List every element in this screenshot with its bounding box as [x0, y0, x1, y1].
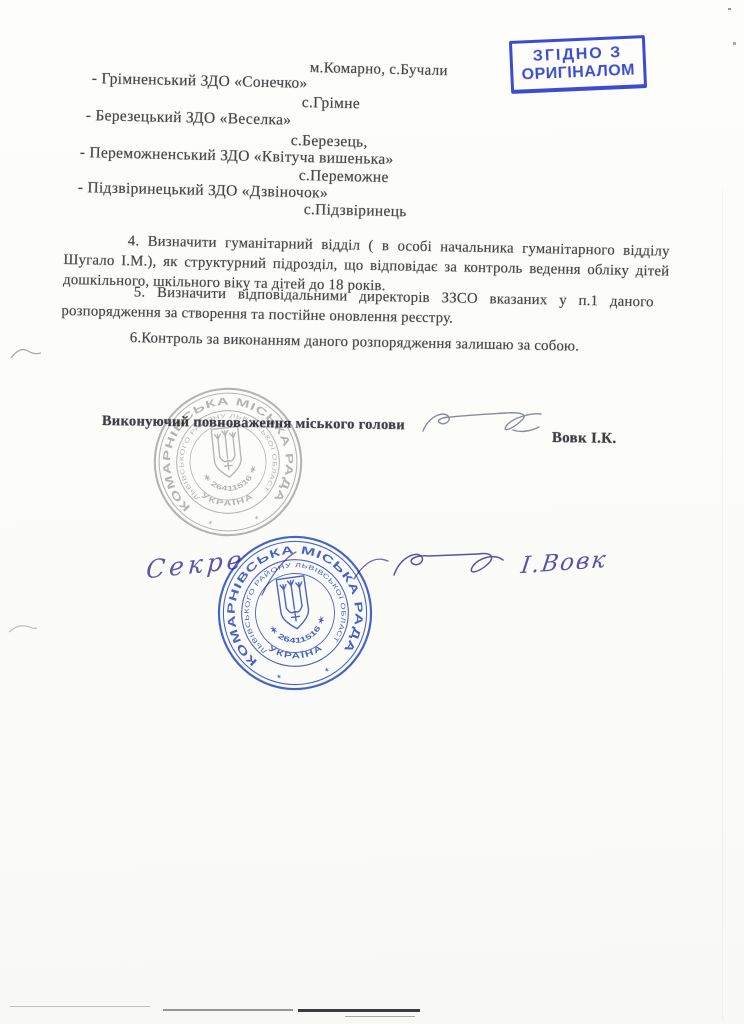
mayor-signature-flourish: [415, 403, 565, 451]
seal-star: ✶: [276, 673, 283, 682]
official-round-seal-blue: КОМАРНІВСЬКА МІСЬКА РАДА ЛЬВІВСЬКОГО РАЙ…: [206, 524, 384, 702]
seal-star: ✶: [323, 666, 330, 675]
seal-star: ✶: [207, 519, 214, 528]
official-round-seal-gray: КОМАРНІВСЬКА МІСЬКА РАДА ЛЬВІВСЬКОГО РАЙ…: [144, 378, 311, 545]
margin-pen-mark: [8, 342, 44, 364]
scan-edge-artifact: [298, 1009, 420, 1012]
seal-code-text: ✶ 26411516 ✶: [200, 463, 261, 495]
margin-pen-mark: [6, 620, 40, 638]
seal-star: ✶: [254, 514, 261, 523]
kindergarten-item: - Березецький ЗДО «Веселка»: [86, 107, 292, 130]
scan-edge-artifact: [163, 1009, 293, 1011]
settlement-line: с.Підзвіринець: [304, 201, 407, 221]
trident-emblem: [211, 427, 243, 479]
scan-speck: [728, 8, 731, 10]
certified-copy-stamp: ЗГІДНО З ОРИГІНАЛОМ: [509, 35, 647, 94]
paragraph-6: 6.Контроль за виконанням даного розпоряд…: [130, 328, 690, 359]
kindergarten-item: - Грімненський ЗДО «Сонечко»: [92, 70, 308, 93]
svg-text:✶ 26411516 ✶: ✶ 26411516 ✶: [200, 463, 261, 495]
scanned-document-page: ЗГІДНО З ОРИГІНАЛОМ м.Комарно, с.Бучали …: [0, 0, 744, 1024]
secretary-signature-flourish: [388, 543, 533, 595]
settlement-line: м.Комарно, с.Бучали: [310, 60, 448, 80]
settlement-line: с.Грімне: [302, 94, 361, 113]
kindergarten-item: - Підзвіринецький ЗДО «Дзвіночок»: [78, 179, 329, 203]
scan-fold-line: [722, 190, 723, 1020]
scan-speck: [733, 42, 736, 45]
handwritten-signature-name: І.Вовк: [519, 547, 609, 579]
signatory-name: Вовк І.К.: [552, 430, 617, 448]
scan-edge-artifact: [345, 1016, 415, 1017]
trident-emblem: [276, 576, 311, 631]
scan-edge-artifact: [10, 1006, 150, 1007]
stamp-line-2: ОРИГІНАЛОМ: [521, 62, 635, 85]
